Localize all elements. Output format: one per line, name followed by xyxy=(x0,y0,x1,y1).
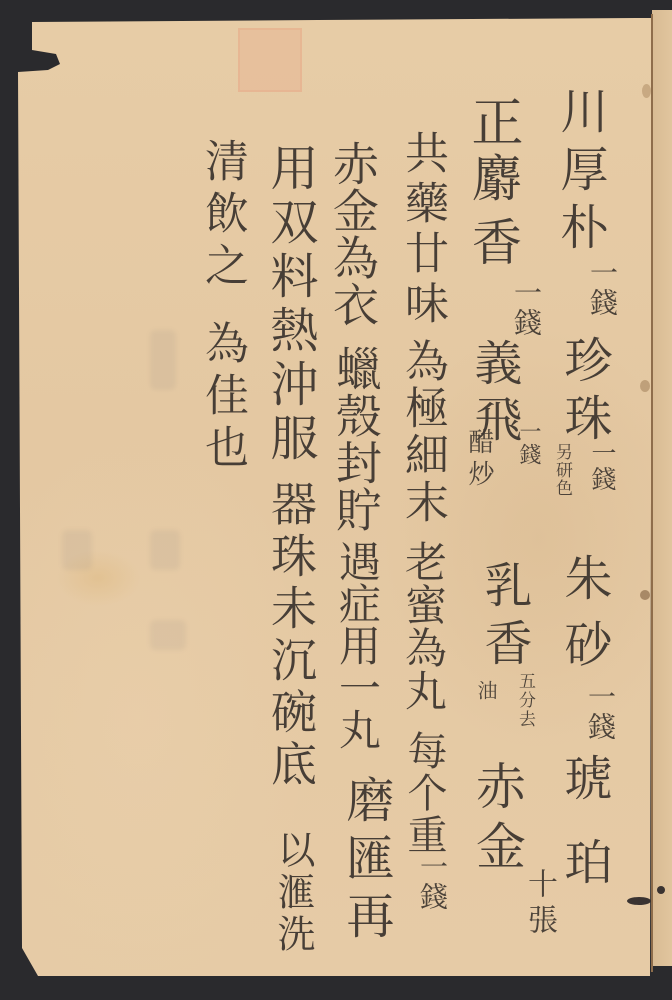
dosage-mark: 一錢 xyxy=(418,852,446,912)
instruction-text: 以滙洗 xyxy=(274,830,312,956)
instruction-text: 赤金為衣 xyxy=(330,140,376,328)
faint-red-seal xyxy=(238,28,302,92)
dosage-mark: 一錢 xyxy=(517,420,539,466)
instruction-text: 用双料熱沖服 xyxy=(266,143,314,467)
ingredient-houpo: 川厚朴 xyxy=(556,86,604,260)
show-through-mark xyxy=(150,620,186,650)
binding-hole-mark xyxy=(627,897,651,905)
show-through-mark xyxy=(150,330,176,390)
preparation-annotation: 醋炒 xyxy=(466,428,492,492)
instruction-text: 為極細末 xyxy=(400,338,444,526)
ingredient-frankincense: 乳香 xyxy=(480,560,528,676)
ingredient-pearl: 珍珠 xyxy=(560,335,608,451)
instruction-text: 共藥廿味 xyxy=(400,130,444,330)
preparation-annotation: 油 xyxy=(476,680,496,700)
binding-tear-mark xyxy=(642,84,651,98)
show-through-mark xyxy=(62,530,92,570)
binding-hole-mark xyxy=(657,886,665,894)
dosage-annotation: 五分去 xyxy=(516,672,533,729)
instruction-text: 老蜜為丸 xyxy=(402,540,444,712)
adjacent-leaf-edge xyxy=(652,10,672,966)
show-through-mark xyxy=(150,530,180,570)
instruction-text: 每个重 xyxy=(404,730,444,856)
ingredient-red-gold: 赤金 xyxy=(472,760,522,880)
dosage-mark: 一錢 xyxy=(590,440,615,492)
instruction-text: 蠟殼封貯 xyxy=(333,345,379,533)
qualifier-genuine: 正 xyxy=(466,95,518,147)
instruction-text: 器珠未沉碗底 xyxy=(268,480,314,792)
quantity-annotation: 十張 xyxy=(524,868,554,940)
dosage-mark: 一錢 xyxy=(588,258,616,318)
binding-tear-mark xyxy=(640,590,650,600)
preparation-annotation: 另研色 xyxy=(553,443,570,497)
ingredient-cinnabar: 朱砂 xyxy=(560,553,608,685)
ingredient-amber: 琥珀 xyxy=(560,753,608,921)
instruction-text: 磨匯再 xyxy=(342,775,390,949)
binding-fold-line xyxy=(651,14,653,972)
instruction-text: 為佳也 xyxy=(200,320,244,476)
dosage-mark: 一錢 xyxy=(512,278,540,338)
instruction-text: 清飲之 xyxy=(200,138,244,294)
ingredient-musk: 麝香 xyxy=(468,152,518,280)
instruction-text: 遇症用一丸 xyxy=(336,540,378,750)
dosage-mark: 一錢 xyxy=(586,682,614,742)
binding-tear-mark xyxy=(640,380,650,392)
